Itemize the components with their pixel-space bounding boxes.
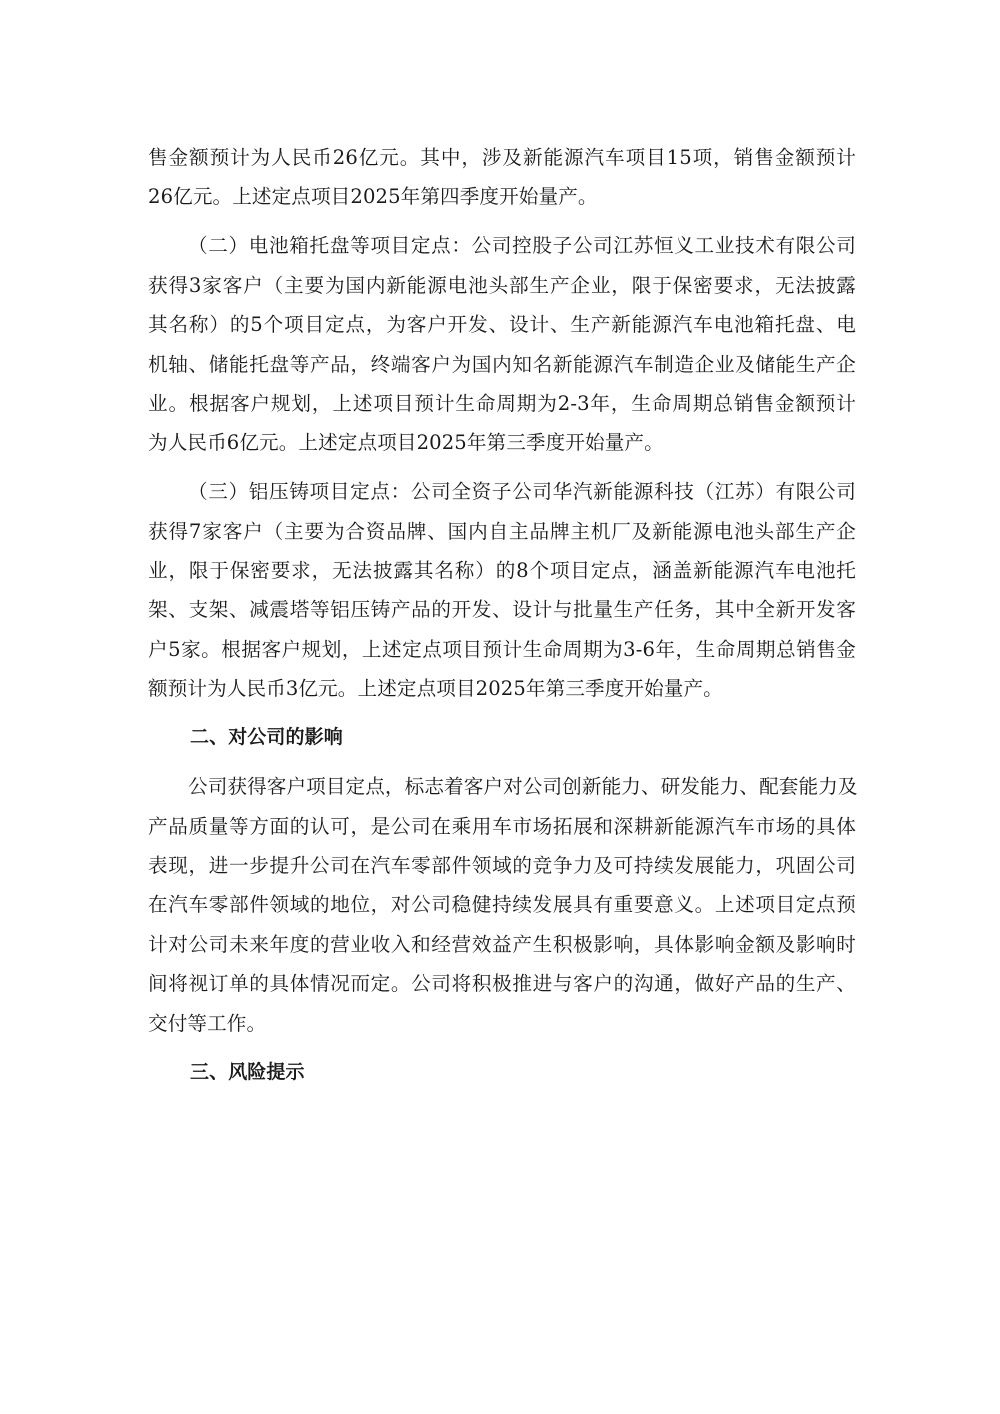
text-line: 机轴、储能托盘等产品，终端客户为国内知名新能源汽车制造企业及储能生产企 <box>148 345 856 384</box>
text-line: 售金额预计为人民币26亿元。其中，涉及新能源汽车项目15项，销售金额预计 <box>148 138 856 177</box>
text-line: 交付等工作。 <box>148 1004 856 1043</box>
text-line: 表现，进一步提升公司在汽车零部件领域的竞争力及可持续发展能力，巩固公司 <box>148 846 856 885</box>
paragraph-continuation-sales: 售金额预计为人民币26亿元。其中，涉及新能源汽车项目15项，销售金额预计 26亿… <box>148 138 856 217</box>
text-line: 产品质量等方面的认可，是公司在乘用车市场拓展和深耕新能源汽车市场的具体 <box>148 807 856 846</box>
section-heading-risk-warning: 三、风险提示 <box>148 1053 856 1092</box>
text-line: 获得3家客户（主要为国内新能源电池头部生产企业，限于保密要求，无法披露 <box>148 266 856 305</box>
text-line: 在汽车零部件领域的地位，对公司稳健持续发展具有重要意义。上述项目定点预 <box>148 885 856 924</box>
text-line: （二）电池箱托盘等项目定点：公司控股子公司江苏恒义工业技术有限公司 <box>148 226 856 265</box>
section-heading-impact: 二、对公司的影响 <box>148 718 856 757</box>
text-line: 其名称）的5个项目定点，为客户开发、设计、生产新能源汽车电池箱托盘、电 <box>148 305 856 344</box>
text-line: 架、支架、减震塔等铝压铸产品的开发、设计与批量生产任务，其中全新开发客 <box>148 590 856 629</box>
text-line: 获得7家客户（主要为合资品牌、国内自主品牌主机厂及新能源电池头部生产企 <box>148 512 856 551</box>
paragraph-company-impact: 公司获得客户项目定点，标志着客户对公司创新能力、研发能力、配套能力及 产品质量等… <box>148 767 856 1043</box>
text-line: 计对公司未来年度的营业收入和经营效益产生积极影响，具体影响金额及影响时 <box>148 925 856 964</box>
paragraph-battery-tray-projects: （二）电池箱托盘等项目定点：公司控股子公司江苏恒义工业技术有限公司 获得3家客户… <box>148 226 856 462</box>
text-line: 户5家。根据客户规划，上述定点项目预计生命周期为3-6年，生命周期总销售金 <box>148 630 856 669</box>
text-line: 公司获得客户项目定点，标志着客户对公司创新能力、研发能力、配套能力及 <box>148 767 856 806</box>
text-line: 为人民币6亿元。上述定点项目2025年第三季度开始量产。 <box>148 423 856 462</box>
text-line: 间将视订单的具体情况而定。公司将积极推进与客户的沟通，做好产品的生产、 <box>148 964 856 1003</box>
text-line: （三）铝压铸项目定点：公司全资子公司华汽新能源科技（江苏）有限公司 <box>148 472 856 511</box>
text-line: 业，限于保密要求，无法披露其名称）的8个项目定点，涵盖新能源汽车电池托 <box>148 551 856 590</box>
text-line: 26亿元。上述定点项目2025年第四季度开始量产。 <box>148 177 856 216</box>
text-line: 业。根据客户规划，上述项目预计生命周期为2-3年，生命周期总销售金额预计 <box>148 384 856 423</box>
text-line: 额预计为人民币3亿元。上述定点项目2025年第三季度开始量产。 <box>148 669 856 708</box>
paragraph-aluminum-die-casting-projects: （三）铝压铸项目定点：公司全资子公司华汽新能源科技（江苏）有限公司 获得7家客户… <box>148 472 856 708</box>
document-page: 售金额预计为人民币26亿元。其中，涉及新能源汽车项目15项，销售金额预计 26亿… <box>148 138 856 1092</box>
